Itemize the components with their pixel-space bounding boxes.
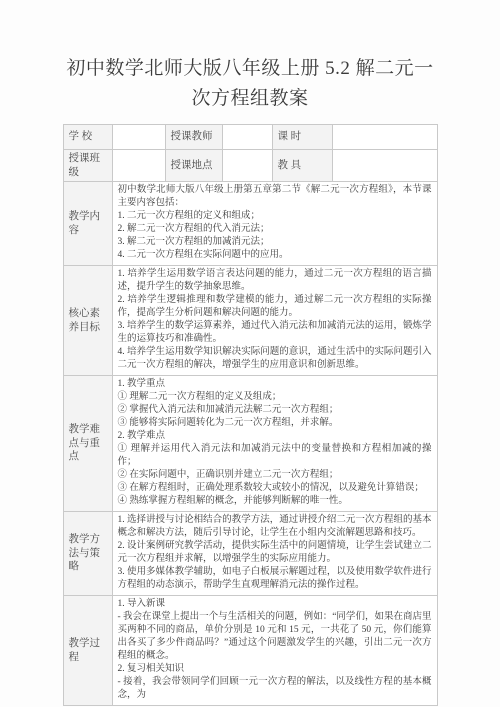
teaching-content-text: 初中数学北师大版八年级上册第五章第二节《解二元一次方程组》，本节课主要内容包括：… [112, 182, 437, 266]
table-row-teaching-content: 教学内容 初中数学北师大版八年级上册第五章第二节《解二元一次方程组》，本节课主要… [63, 182, 437, 266]
table-row-school: 学 校 授课教师 课 时 [63, 125, 437, 150]
document-page: 初中数学北师大版八年级上册 5.2 解二元一 次方程组教案 学 校 授课教师 课… [0, 0, 500, 707]
school-value [112, 125, 165, 150]
table-row-teaching-process: 教学过程 1. 导入新课 - 我会在课堂上提出一个与生活相关的问题，例如：“同学… [63, 596, 437, 706]
period-value [332, 125, 437, 150]
page-title: 初中数学北师大版八年级上册 5.2 解二元一 次方程组教案 [58, 54, 442, 114]
aids-value [332, 150, 437, 182]
methods-strategies-text: 1. 选择讲授与讨论相结合的教学方法，通过讲授介绍二元一次方程组的基本概念和解决… [112, 512, 437, 596]
class-value [112, 150, 165, 182]
page-title-line2: 次方程组教案 [58, 84, 442, 114]
page-title-line1: 初中数学北师大版八年级上册 5.2 解二元一 [58, 54, 442, 84]
class-label: 授课班级 [63, 150, 112, 182]
teacher-label: 授课教师 [165, 125, 222, 150]
table-row-methods-strategies: 教学方法与策略 1. 选择讲授与讨论相结合的教学方法，通过讲授介绍二元一次方程组… [63, 512, 437, 596]
place-label: 授课地点 [165, 150, 222, 182]
period-label: 课 时 [272, 125, 332, 150]
teacher-value [222, 125, 272, 150]
lesson-plan-table: 学 校 授课教师 课 时 授课班级 授课地点 教 具 教学内容 初中数学北师大版… [63, 124, 438, 706]
core-competency-text: 1. 培养学生运用数学语言表达问题的能力，通过二元一次方程组的语言描述，提升学生… [112, 266, 437, 376]
table-row-key-difficulties: 教学难点与重点 1. 教学重点 ① 理解二元一次方程组的定义及组成； ② 掌握代… [63, 376, 437, 512]
teaching-process-label: 教学过程 [63, 596, 112, 706]
place-value [222, 150, 272, 182]
teaching-content-label: 教学内容 [63, 182, 112, 266]
teaching-process-text: 1. 导入新课 - 我会在课堂上提出一个与生活相关的问题，例如：“同学们，如果在… [112, 596, 437, 706]
key-difficulties-label: 教学难点与重点 [63, 376, 112, 512]
aids-label: 教 具 [272, 150, 332, 182]
table-row-class: 授课班级 授课地点 教 具 [63, 150, 437, 182]
table-row-core-competency: 核心素养目标 1. 培养学生运用数学语言表达问题的能力，通过二元一次方程组的语言… [63, 266, 437, 376]
school-label: 学 校 [63, 125, 112, 150]
core-competency-label: 核心素养目标 [63, 266, 112, 376]
key-difficulties-text: 1. 教学重点 ① 理解二元一次方程组的定义及组成； ② 掌握代入消元法和加减消… [112, 376, 437, 512]
methods-strategies-label: 教学方法与策略 [63, 512, 112, 596]
